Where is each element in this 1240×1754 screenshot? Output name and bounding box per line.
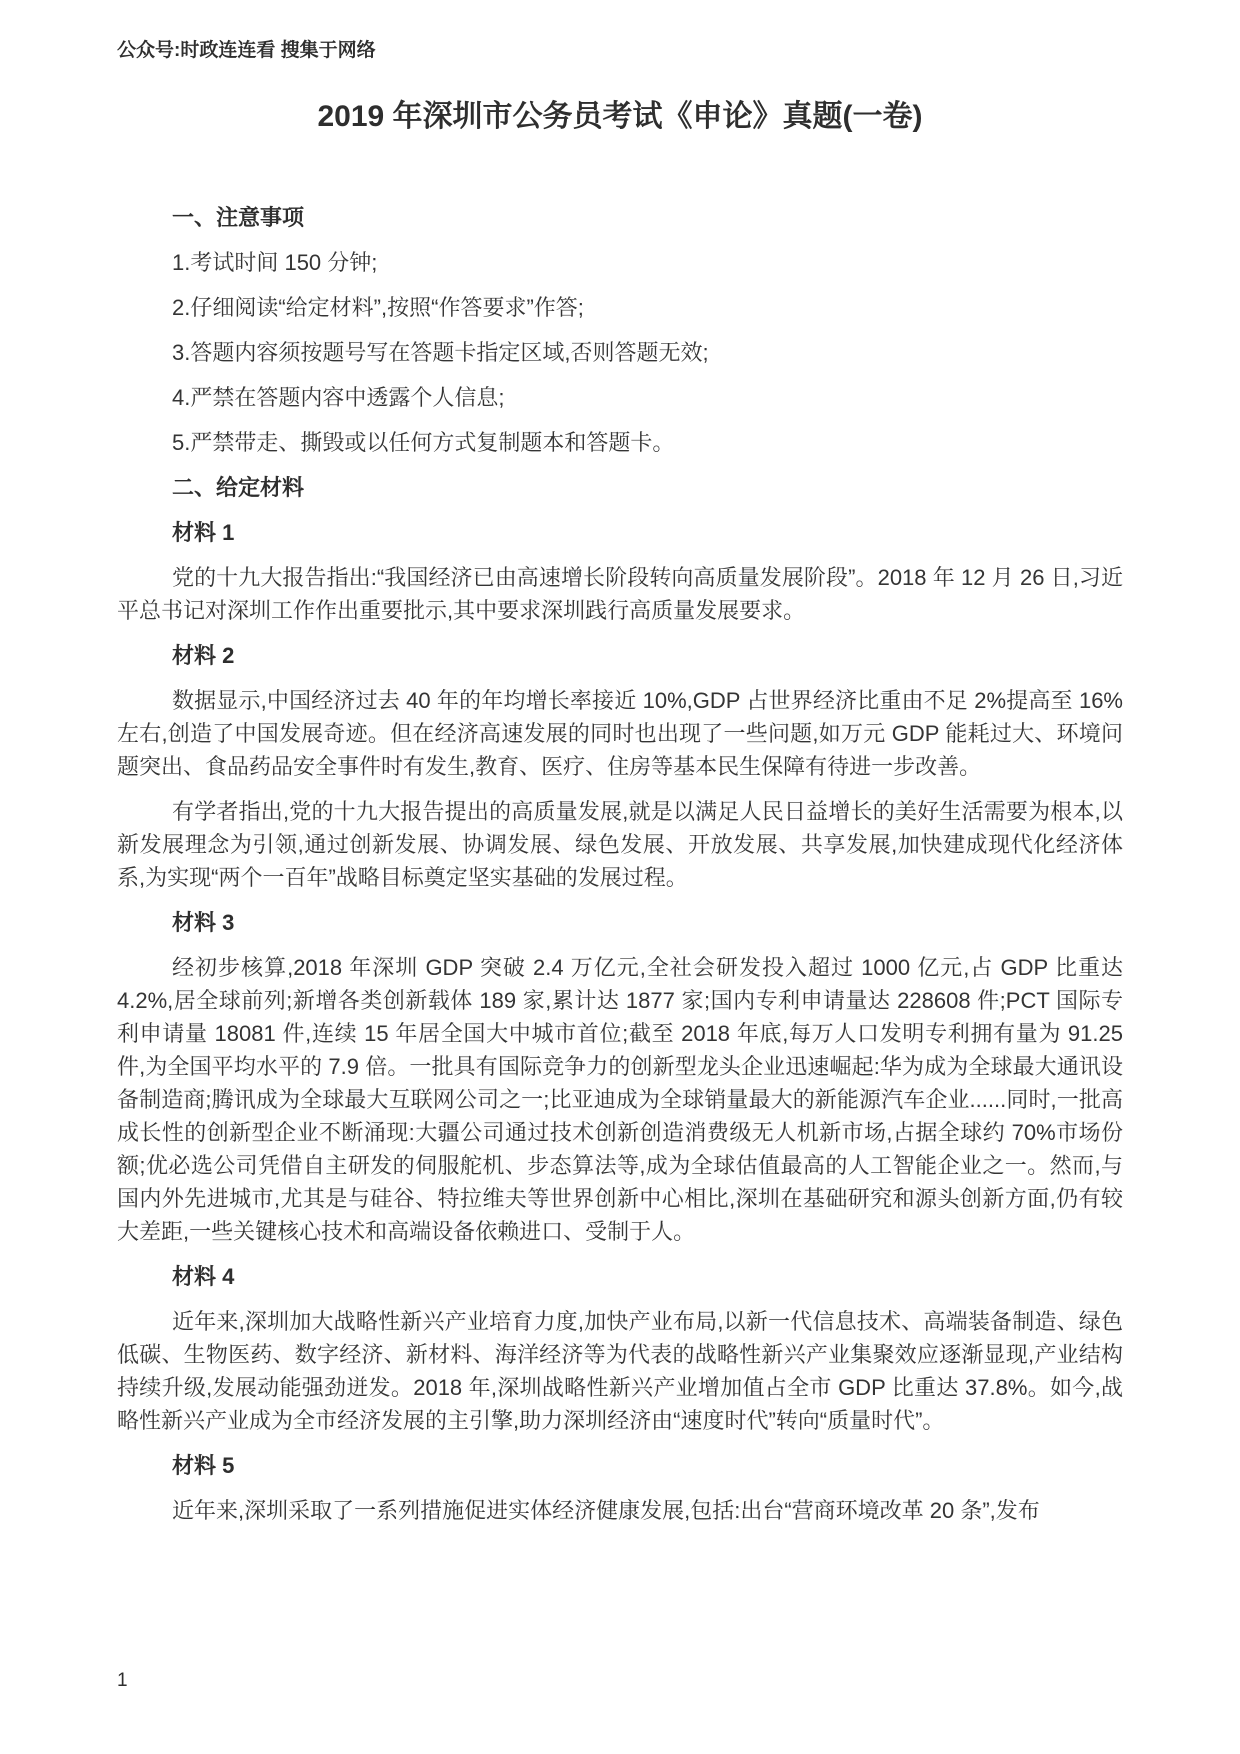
- notice-item-4: 4.严禁在答题内容中透露个人信息;: [117, 381, 1123, 414]
- material-1-label: 材料 1: [117, 516, 1123, 549]
- notice-item-1: 1.考试时间 150 分钟;: [117, 246, 1123, 279]
- material-5-label: 材料 5: [117, 1449, 1123, 1482]
- document-page: 公众号:时政连连看 搜集于网络 2019 年深圳市公务员考试《申论》真题(一卷)…: [0, 0, 1240, 1754]
- material-2-paragraph-1: 数据显示,中国经济过去 40 年的年均增长率接近 10%,GDP 占世界经济比重…: [117, 684, 1123, 783]
- notice-item-3: 3.答题内容须按题号写在答题卡指定区域,否则答题无效;: [117, 336, 1123, 369]
- material-5-paragraph: 近年来,深圳采取了一系列措施促进实体经济健康发展,包括:出台“营商环境改革 20…: [117, 1494, 1123, 1527]
- notice-section-heading: 一、注意事项: [117, 201, 1123, 234]
- notice-item-5: 5.严禁带走、撕毁或以任何方式复制题本和答题卡。: [117, 426, 1123, 459]
- notice-item-2: 2.仔细阅读“给定材料”,按照“作答要求”作答;: [117, 291, 1123, 324]
- page-number: 1: [117, 1668, 128, 1694]
- material-2-label: 材料 2: [117, 639, 1123, 672]
- material-2-paragraph-2: 有学者指出,党的十九大报告提出的高质量发展,就是以满足人民日益增长的美好生活需要…: [117, 795, 1123, 894]
- material-4-paragraph: 近年来,深圳加大战略性新兴产业培育力度,加快产业布局,以新一代信息技术、高端装备…: [117, 1305, 1123, 1437]
- material-4-label: 材料 4: [117, 1260, 1123, 1293]
- material-1-paragraph: 党的十九大报告指出:“我国经济已由高速增长阶段转向高质量发展阶段”。2018 年…: [117, 561, 1123, 627]
- page-title: 2019 年深圳市公务员考试《申论》真题(一卷): [117, 96, 1123, 138]
- source-credit: 公众号:时政连连看 搜集于网络: [117, 38, 1123, 64]
- material-3-label: 材料 3: [117, 906, 1123, 939]
- materials-section-heading: 二、给定材料: [117, 471, 1123, 504]
- material-3-paragraph: 经初步核算,2018 年深圳 GDP 突破 2.4 万亿元,全社会研发投入超过 …: [117, 951, 1123, 1248]
